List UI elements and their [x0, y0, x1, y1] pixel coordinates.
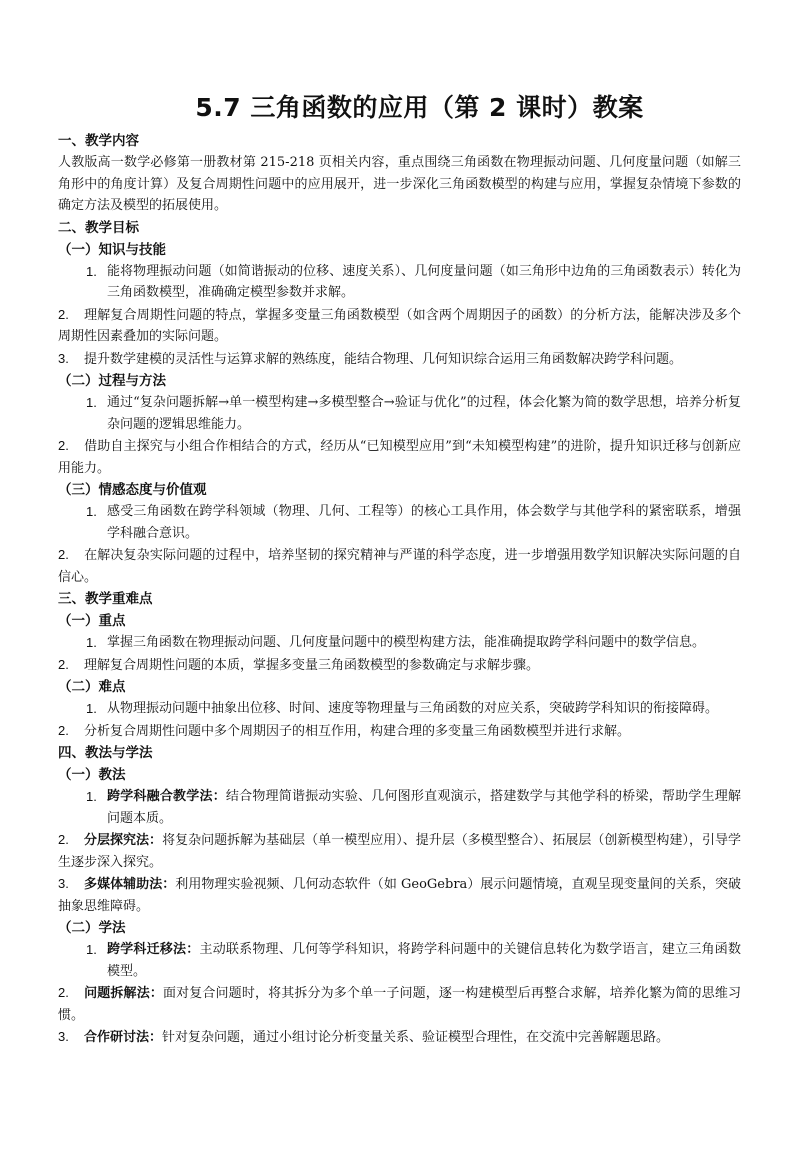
list-text: 掌握三角函数在物理振动问题、几何度量问题中的模型构建方法，能准确提取跨学科问题中…: [107, 635, 705, 650]
list-text: 从物理振动问题中抽象出位移、时间、速度等物理量与三角函数的对应关系，突破跨学科知…: [107, 701, 718, 716]
list-item: 1.通过“复杂问题拆解→单一模型构建→多模型整合→验证与优化”的过程，体会化繁为…: [58, 392, 741, 435]
list-text: 针对复杂问题，通过小组讨论分析变量关系、验证模型合理性，在交流中完善解题思路。: [162, 1030, 669, 1045]
section-key-difficult-points: 三、教学重难点 （一）重点 1.掌握三角函数在物理振动问题、几何度量问题中的模型…: [58, 588, 741, 742]
list-item: 3.多媒体辅助法：利用物理实验视频、几何动态软件（如 GeoGebra）展示问题…: [58, 873, 741, 917]
subsection-heading: （二）过程与方法: [58, 370, 741, 392]
list-text: 在解决复杂实际问题的过程中，培养坚韧的探究精神与严谨的科学态度，进一步增强用数学…: [58, 548, 741, 585]
section-heading: 一、教学内容: [58, 130, 741, 152]
list-item: 3.合作研讨法：针对复杂问题，通过小组讨论分析变量关系、验证模型合理性，在交流中…: [58, 1026, 741, 1049]
list-text: 主动联系物理、几何等学科知识，将跨学科问题中的关键信息转化为数学语言，建立三角函…: [107, 942, 741, 979]
list-number: 3.: [58, 1026, 84, 1048]
subsection-heading: （三）情感态度与价值观: [58, 479, 741, 501]
section-heading: 四、教法与学法: [58, 742, 741, 764]
list-item: 1.能将物理振动问题（如简谐振动的位移、速度关系）、几何度量问题（如三角形中边角…: [58, 261, 741, 304]
list-item: 2.问题拆解法：面对复合问题时，将其拆分为多个单一子问题，逐一构建模型后再整合求…: [58, 982, 741, 1026]
list-lead: 跨学科融合教学法：: [107, 789, 226, 804]
list-item: 2.理解复合周期性问题的本质，掌握多变量三角函数模型的参数确定与求解步骤。: [58, 654, 741, 677]
list-item: 1.掌握三角函数在物理振动问题、几何度量问题中的模型构建方法，能准确提取跨学科问…: [58, 632, 741, 654]
list-lead: 多媒体辅助法：: [84, 877, 175, 892]
list-item: 1.感受三角函数在跨学科领域（物理、几何、工程等）的核心工具作用，体会数学与其他…: [58, 501, 741, 544]
section-heading: 二、教学目标: [58, 217, 741, 239]
list-number: 2.: [58, 544, 84, 566]
list-lead: 问题拆解法：: [84, 986, 163, 1001]
section-teaching-content: 一、教学内容 人教版高一数学必修第一册教材第 215-218 页相关内容，重点围…: [58, 130, 741, 217]
list-item: 2.分析复合周期性问题中多个周期因子的相互作用，构建合理的多变量三角函数模型并进…: [58, 720, 741, 743]
list-number: 2.: [58, 982, 84, 1004]
list-item: 1.跨学科融合教学法：结合物理简谐振动实验、几何图形直观演示，搭建数学与其他学科…: [58, 786, 741, 829]
list-number: 1.: [86, 698, 97, 720]
list-item: 3.提升数学建模的灵活性与运算求解的熟练度，能结合物理、几何知识综合运用三角函数…: [58, 348, 741, 371]
list-number: 3.: [58, 873, 84, 895]
section-teaching-learning-methods: 四、教法与学法 （一）教法 1.跨学科融合教学法：结合物理简谐振动实验、几何图形…: [58, 742, 741, 1049]
section-teaching-goals: 二、教学目标 （一）知识与技能 1.能将物理振动问题（如简谐振动的位移、速度关系…: [58, 217, 741, 589]
subsection-heading: （二）难点: [58, 676, 741, 698]
list-number: 1.: [86, 501, 97, 523]
document-page: 5.7 三角函数的应用（第 2 课时）教案 一、教学内容 人教版高一数学必修第一…: [0, 0, 805, 1049]
list-number: 2.: [58, 654, 84, 676]
list-text: 分析复合周期性问题中多个周期因子的相互作用，构建合理的多变量三角函数模型并进行求…: [84, 724, 630, 739]
list-lead: 合作研讨法：: [84, 1030, 162, 1045]
list-number: 1.: [86, 786, 97, 808]
list-item: 2.在解决复杂实际问题的过程中，培养坚韧的探究精神与严谨的科学态度，进一步增强用…: [58, 544, 741, 588]
list-text: 能将物理振动问题（如简谐振动的位移、速度关系）、几何度量问题（如三角形中边角的三…: [107, 264, 741, 301]
list-number: 2.: [58, 720, 84, 742]
section-paragraph: 人教版高一数学必修第一册教材第 215-218 页相关内容，重点围绕三角函数在物…: [58, 152, 741, 217]
section-heading: 三、教学重难点: [58, 588, 741, 610]
document-title: 5.7 三角函数的应用（第 2 课时）教案: [58, 88, 741, 124]
list-text: 理解复合周期性问题的本质，掌握多变量三角函数模型的参数确定与求解步骤。: [84, 658, 539, 673]
list-text: 感受三角函数在跨学科领域（物理、几何、工程等）的核心工具作用，体会数学与其他学科…: [107, 504, 741, 541]
list-item: 2.分层探究法：将复杂问题拆解为基础层（单一模型应用）、提升层（多模型整合）、拓…: [58, 829, 741, 873]
list-number: 2.: [58, 304, 84, 326]
list-item: 1.从物理振动问题中抽象出位移、时间、速度等物理量与三角函数的对应关系，突破跨学…: [58, 698, 741, 720]
subsection-heading: （一）重点: [58, 610, 741, 632]
subsection-heading: （一）教法: [58, 764, 741, 786]
list-text: 借助自主探究与小组合作相结合的方式，经历从“已知模型应用”到“未知模型构建”的进…: [58, 439, 741, 476]
list-item: 2.理解复合周期性问题的特点，掌握多变量三角函数模型（如含两个周期因子的函数）的…: [58, 304, 741, 348]
list-number: 1.: [86, 261, 97, 283]
list-lead: 分层探究法：: [84, 833, 162, 848]
list-lead: 跨学科迁移法：: [107, 942, 200, 957]
list-number: 1.: [86, 632, 97, 654]
list-item: 2.借助自主探究与小组合作相结合的方式，经历从“已知模型应用”到“未知模型构建”…: [58, 435, 741, 479]
subsection-heading: （二）学法: [58, 917, 741, 939]
list-number: 3.: [58, 348, 84, 370]
list-item: 1.跨学科迁移法：主动联系物理、几何等学科知识，将跨学科问题中的关键信息转化为数…: [58, 939, 741, 982]
list-number: 1.: [86, 392, 97, 414]
list-text: 提升数学建模的灵活性与运算求解的熟练度，能结合物理、几何知识综合运用三角函数解决…: [84, 352, 682, 367]
list-number: 1.: [86, 939, 97, 961]
list-text: 通过“复杂问题拆解→单一模型构建→多模型整合→验证与优化”的过程，体会化繁为简的…: [107, 395, 741, 432]
list-number: 2.: [58, 829, 84, 851]
list-text: 理解复合周期性问题的特点，掌握多变量三角函数模型（如含两个周期因子的函数）的分析…: [58, 308, 741, 345]
subsection-heading: （一）知识与技能: [58, 239, 741, 261]
list-number: 2.: [58, 435, 84, 457]
